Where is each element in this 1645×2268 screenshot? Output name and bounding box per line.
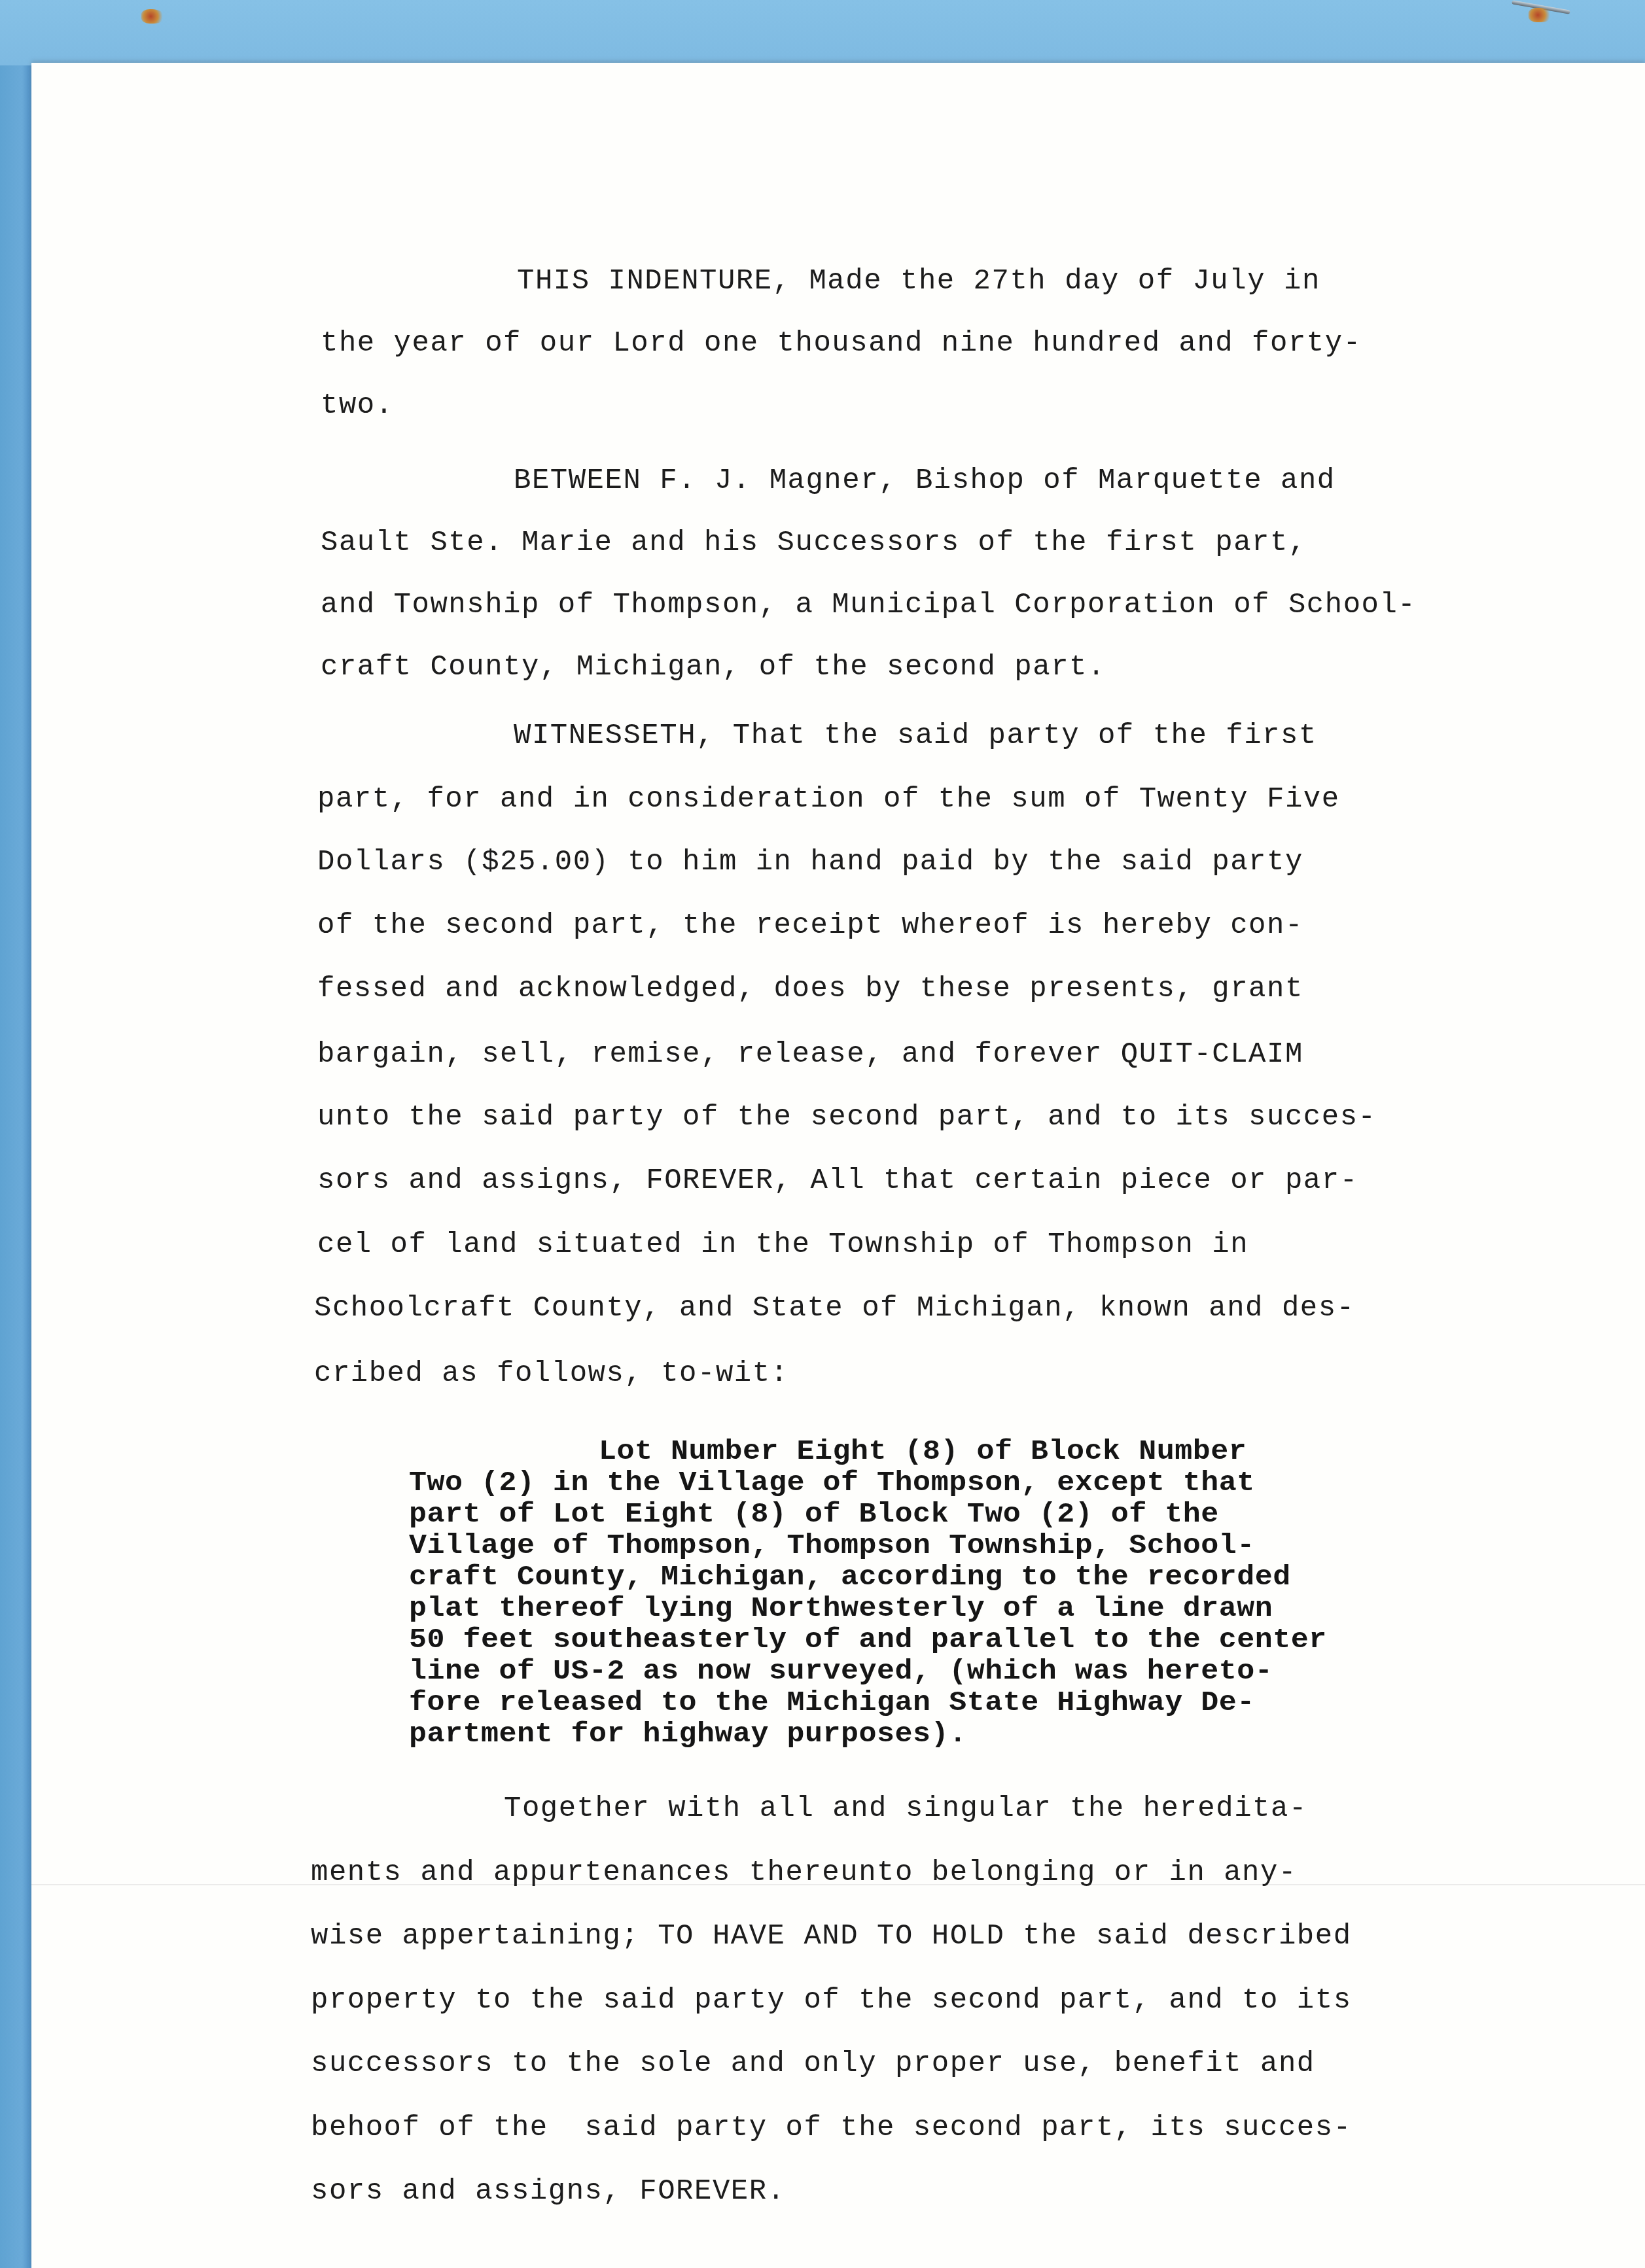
text-line: bargain, sell, remise, release, and fore… — [317, 1038, 1303, 1071]
text-line: Sault Ste. Marie and his Successors of t… — [321, 527, 1307, 559]
text-line: of the second part, the receipt whereof … — [317, 909, 1303, 942]
text-line: fore released to the Michigan State High… — [409, 1687, 1255, 1718]
text-line: 50 feet southeasterly of and parallel to… — [409, 1624, 1327, 1656]
text-line: successors to the sole and only proper u… — [311, 2048, 1315, 2080]
text-line: the year of our Lord one thousand nine h… — [321, 327, 1362, 360]
text-line: Dollars ($25.00) to him in hand paid by … — [317, 846, 1303, 879]
text-line: wise appertaining; TO HAVE AND TO HOLD t… — [311, 1920, 1352, 1953]
text-line: part, for and in consideration of the su… — [317, 783, 1340, 816]
text-line: Two (2) in the Village of Thompson, exce… — [409, 1467, 1255, 1499]
text-line: Village of Thompson, Thompson Township, … — [409, 1530, 1255, 1561]
text-line: sors and assigns, FOREVER. — [311, 2175, 786, 2208]
text-line: two. — [321, 389, 394, 422]
text-line: part of Lot Eight (8) of Block Two (2) o… — [409, 1499, 1219, 1530]
text-line: THIS INDENTURE, Made the 27th day of Jul… — [517, 265, 1320, 298]
text-line: unto the said party of the second part, … — [317, 1101, 1376, 1134]
text-line: cribed as follows, to-wit: — [314, 1357, 789, 1390]
text-line: Together with all and singular the hered… — [504, 1792, 1307, 1825]
text-line: and Township of Thompson, a Municipal Co… — [321, 589, 1416, 621]
text-line: cel of land situated in the Township of … — [317, 1229, 1248, 1261]
text-line: partment for highway purposes). — [409, 1718, 967, 1750]
rust-stain-left — [141, 9, 165, 24]
text-line: property to the said party of the second… — [311, 1984, 1352, 2017]
text-line: sors and assigns, FOREVER, All that cert… — [317, 1164, 1358, 1197]
blue-backing-sheet-top — [0, 0, 1645, 72]
text-line: fessed and acknowledged, does by these p… — [317, 973, 1303, 1005]
text-line: WITNESSETH, That the said party of the f… — [514, 720, 1317, 752]
text-line: behoof of the said party of the second p… — [311, 2112, 1352, 2144]
text-line: craft County, Michigan, according to the… — [409, 1561, 1291, 1593]
text-line: Lot Number Eight (8) of Block Number — [599, 1436, 1247, 1467]
text-line: BETWEEN F. J. Magner, Bishop of Marquett… — [514, 464, 1335, 497]
text-line: craft County, Michigan, of the second pa… — [321, 651, 1106, 684]
blue-backing-sheet-left-edge — [0, 65, 31, 2268]
text-line: plat thereof lying Northwesterly of a li… — [409, 1593, 1273, 1624]
text-line: Schoolcraft County, and State of Michiga… — [314, 1292, 1355, 1325]
text-line: line of US-2 as now surveyed, (which was… — [409, 1656, 1273, 1687]
text-line: ments and appurtenances thereunto belong… — [311, 1857, 1297, 1889]
rust-stain-right — [1529, 8, 1552, 22]
